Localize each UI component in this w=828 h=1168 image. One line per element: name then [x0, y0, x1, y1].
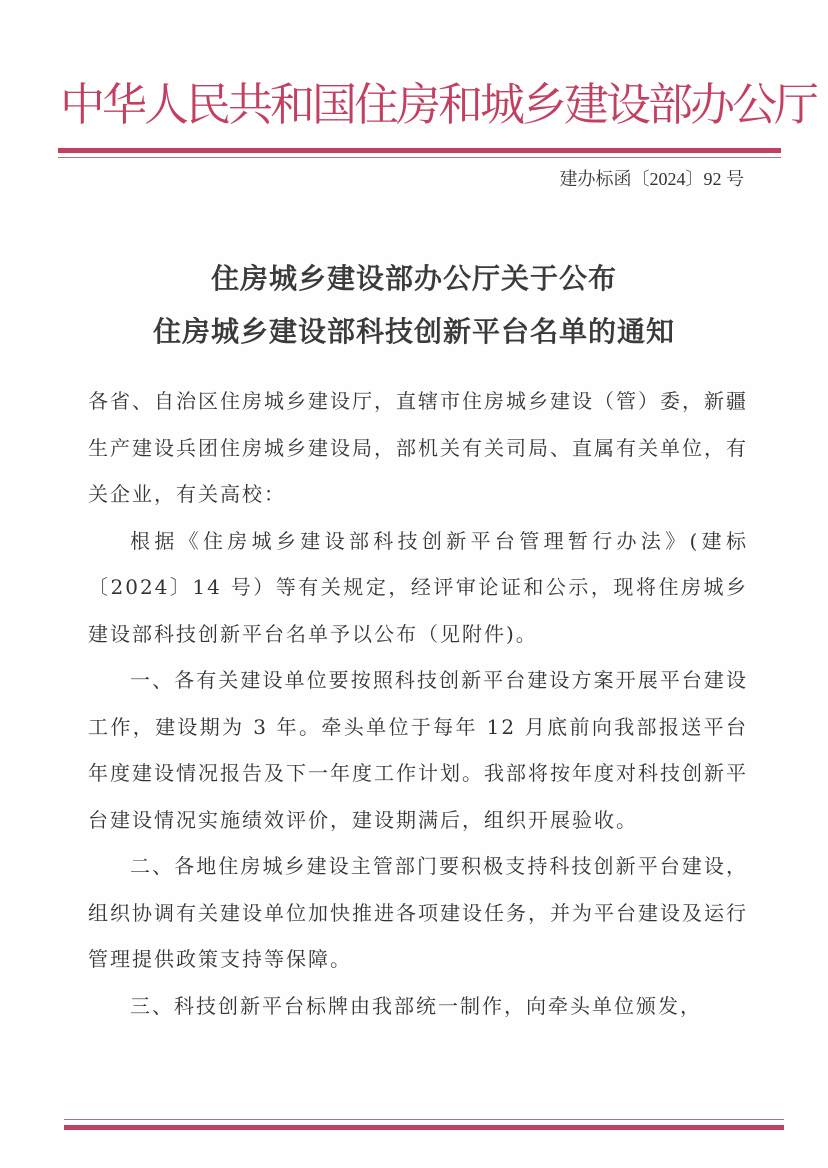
paragraph-item-3: 三、科技创新平台标牌由我部统一制作，向牵头单位颁发，: [88, 983, 748, 1030]
paragraph-item-1: 一、各有关建设单位要按照科技创新平台建设方案开展平台建设工作，建设期为 3 年。…: [88, 657, 748, 843]
paragraph-basis: 根据《住房城乡建设部科技创新平台管理暂行办法》(建标〔2024〕14 号）等有关…: [88, 518, 748, 658]
document-title-line-1: 住房城乡建设部办公厅关于公布: [100, 259, 728, 299]
document-page: 中华人民共和国住房和城乡建设部办公厅 建办标函〔2024〕92 号 住房城乡建设…: [0, 0, 828, 1168]
header-red-rule: [58, 148, 781, 153]
document-number: 建办标函〔2024〕92 号: [560, 164, 745, 194]
footer-red-rule: [64, 1125, 784, 1130]
addressee: 各省、自治区住房城乡建设厅，直辖市住房城乡建设（管）委，新疆生产建设兵团住房城乡…: [88, 378, 748, 518]
document-body: 各省、自治区住房城乡建设厅，直辖市住房城乡建设（管）委，新疆生产建设兵团住房城乡…: [88, 378, 748, 1029]
paragraph-item-2: 二、各地住房城乡建设主管部门要积极支持科技创新平台建设，组织协调有关建设单位加快…: [88, 843, 748, 983]
issuer-header: 中华人民共和国住房和城乡建设部办公厅: [60, 72, 780, 138]
header-thin-rule: [58, 157, 781, 158]
footer-thin-rule: [64, 1119, 784, 1120]
document-title-line-2: 住房城乡建设部科技创新平台名单的通知: [100, 312, 728, 352]
